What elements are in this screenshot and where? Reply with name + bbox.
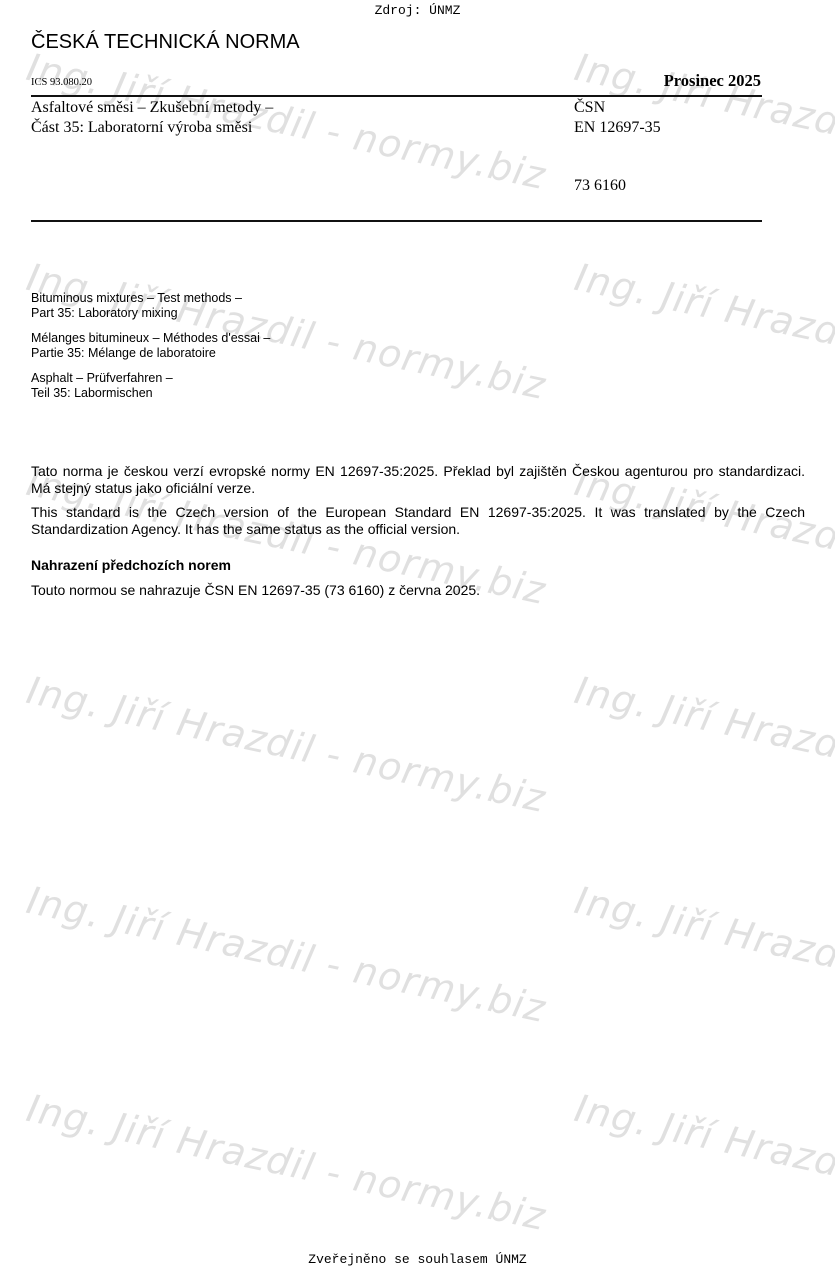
watermark: Ing. Jiří Hrazdil - normy.biz [23, 668, 550, 821]
title-line: Teil 35: Labormischen [31, 386, 270, 401]
title-english: Bituminous mixtures – Test methods – Par… [31, 291, 270, 321]
title-line: Mélanges bitumineux – Méthodes d'essai – [31, 331, 270, 346]
publication-footer: Zveřejněno se souhlasem ÚNMZ [0, 1252, 835, 1268]
paragraph-czech: Tato norma je českou verzí evropské norm… [31, 463, 805, 497]
watermark: Ing. Jiří Hrazdil - normy.biz [571, 1086, 835, 1239]
alternate-titles: Bituminous mixtures – Test methods – Par… [31, 291, 270, 411]
title-line: Asphalt – Prüfverfahren – [31, 371, 270, 386]
paragraph-english: This standard is the Czech version of th… [31, 504, 805, 538]
publication-date: Prosinec 2025 [664, 71, 761, 91]
standard-designation: ČSN EN 12697-35 [574, 98, 661, 138]
replacement-text: Touto normou se nahrazuje ČSN EN 12697-3… [31, 582, 480, 599]
intro-paragraphs: Tato norma je českou verzí evropské norm… [31, 463, 805, 545]
source-header: Zdroj: ÚNMZ [0, 3, 835, 19]
document-type-title: ČESKÁ TECHNICKÁ NORMA [31, 30, 300, 54]
czech-title-line: Asfaltové směsi – Zkušební metody – [31, 98, 273, 118]
watermark: Ing. Jiří Hrazdil - normy.biz [23, 1086, 550, 1239]
title-french: Mélanges bitumineux – Méthodes d'essai –… [31, 331, 270, 361]
ics-code: ICS 93.080.20 [31, 76, 92, 89]
watermark: Ing. Jiří Hrazdil - normy.biz [571, 878, 835, 1031]
title-german: Asphalt – Prüfverfahren – Teil 35: Labor… [31, 371, 270, 401]
designation-line: ČSN [574, 98, 661, 118]
divider-bottom [31, 220, 762, 222]
watermark: Ing. Jiří Hrazdil - normy.biz [23, 878, 550, 1031]
divider-top [31, 95, 762, 97]
document-page: Ing. Jiří Hrazdil - normy.biz Ing. Jiří … [0, 0, 835, 1269]
classification-number: 73 6160 [574, 176, 626, 196]
replacement-heading: Nahrazení předchozích norem [31, 557, 231, 574]
czech-title-line: Část 35: Laboratorní výroba směsi [31, 118, 273, 138]
designation-line: EN 12697-35 [574, 118, 661, 138]
watermark: Ing. Jiří Hrazdil - normy.biz [571, 255, 835, 408]
title-line: Bituminous mixtures – Test methods – [31, 291, 270, 306]
title-line: Partie 35: Mélange de laboratoire [31, 346, 270, 361]
czech-title: Asfaltové směsi – Zkušební metody – Část… [31, 98, 273, 138]
watermark: Ing. Jiří Hrazdil - normy.biz [571, 668, 835, 821]
title-line: Part 35: Laboratory mixing [31, 306, 270, 321]
